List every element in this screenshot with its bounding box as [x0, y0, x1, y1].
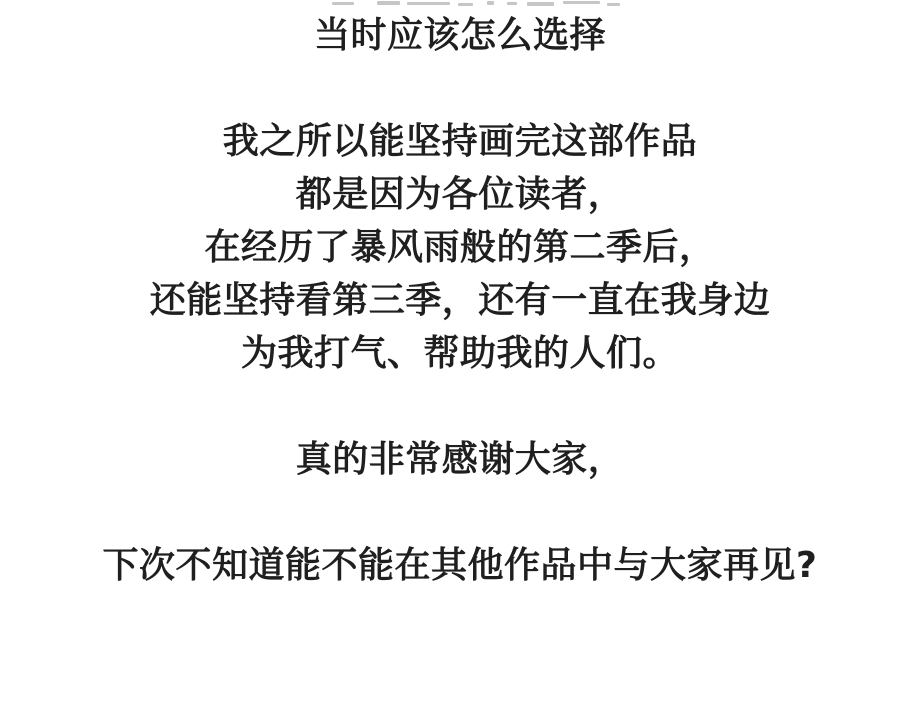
text-line: 我之所以能坚持画完这部作品: [20, 115, 900, 168]
text-line: 在经历了暴风雨般的第二季后，: [20, 221, 900, 274]
text-line: 当时应该怎么选择: [20, 9, 900, 62]
blank-line: [20, 486, 900, 539]
blank-line: [20, 380, 900, 433]
afterword-text-block: 当时应该怎么选择 我之所以能坚持画完这部作品都是因为各位读者，在经历了暴风雨般的…: [0, 0, 900, 592]
text-line: 下次不知道能不能在其他作品中与大家再见?: [20, 539, 900, 592]
text-line: 都是因为各位读者，: [20, 168, 900, 221]
blank-line: [20, 62, 900, 115]
text-line: 真的非常感谢大家，: [20, 433, 900, 486]
afterword-page: 当时应该怎么选择 我之所以能坚持画完这部作品都是因为各位读者，在经历了暴风雨般的…: [0, 0, 900, 704]
text-line: 为我打气、帮助我的人们。: [20, 327, 900, 380]
blank-line: [20, 0, 900, 9]
text-line: 还能坚持看第三季，还有一直在我身边: [20, 274, 900, 327]
